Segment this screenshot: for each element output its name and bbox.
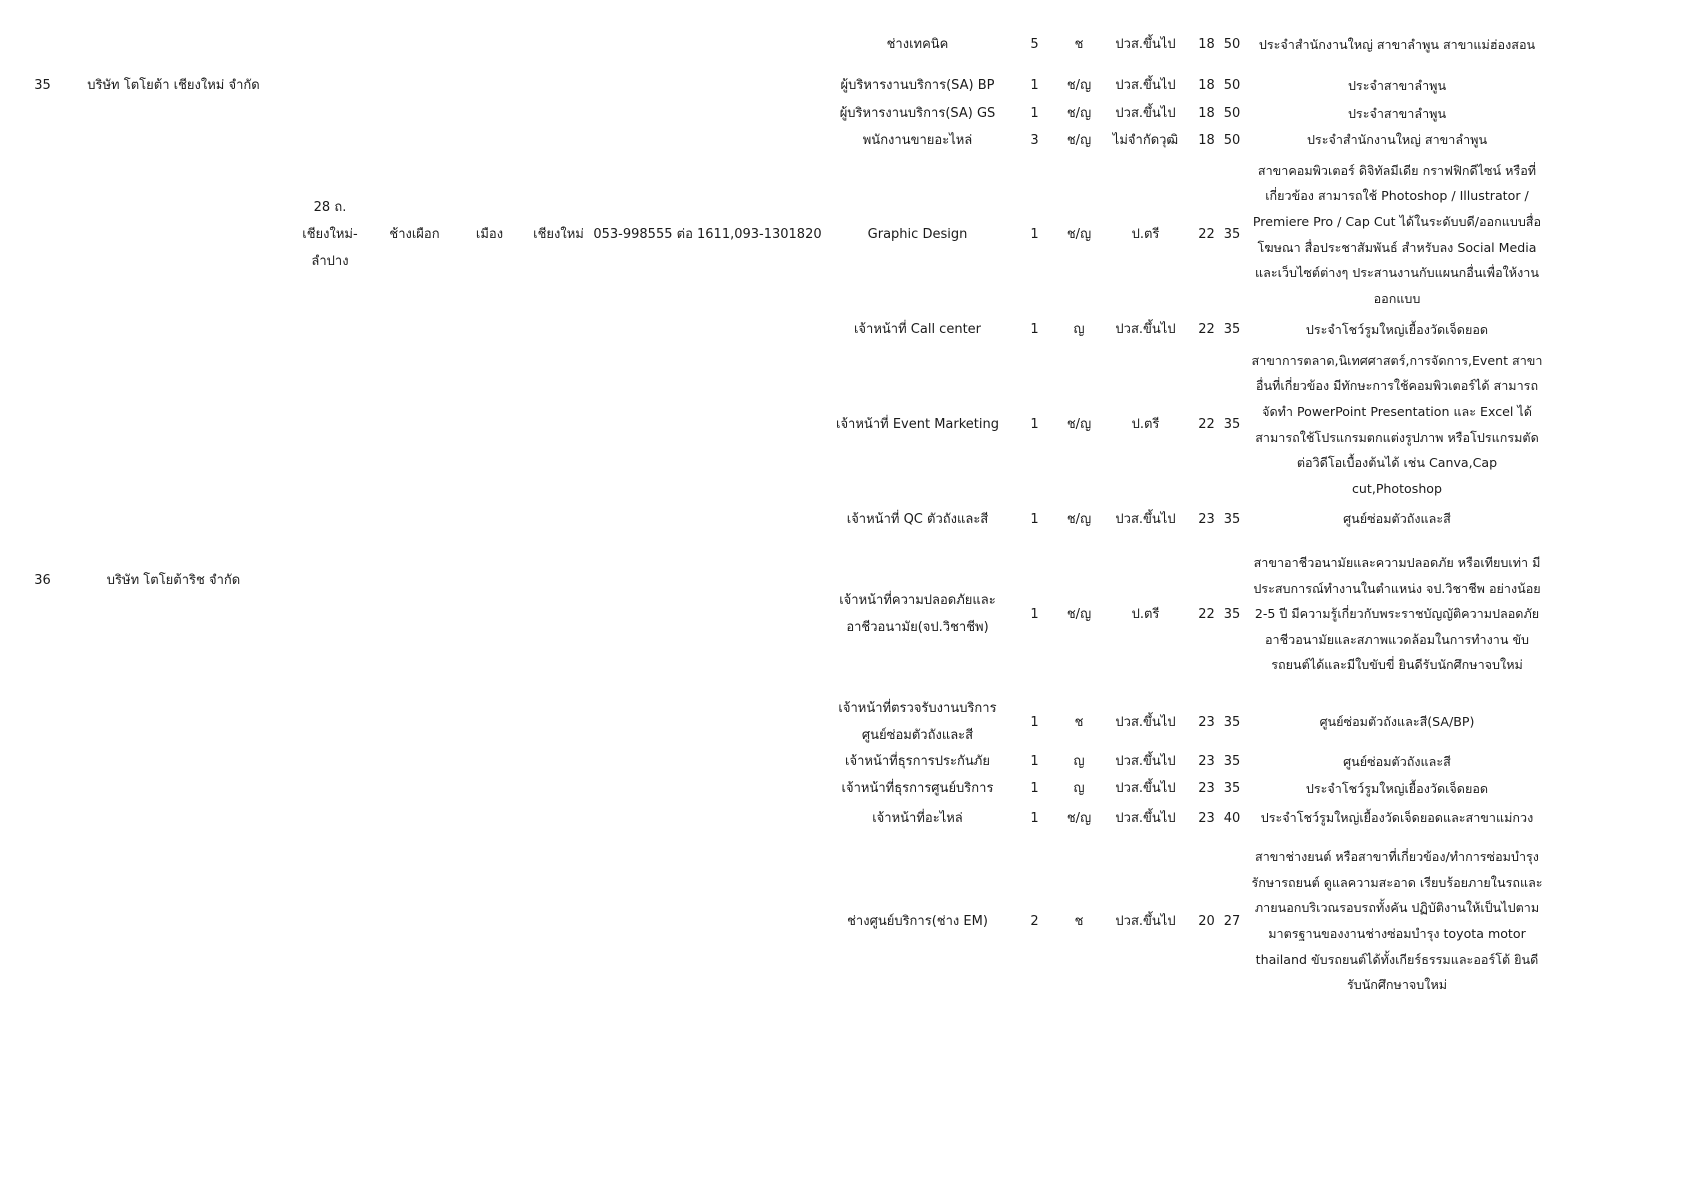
age-min-cell: 23: [1194, 748, 1219, 775]
education-cell: ปวส.ขึ้นไป: [1097, 316, 1194, 343]
notes-cell: สาขาการตลาด,นิเทศศาสตร์,การจัดการ,Event …: [1245, 343, 1549, 506]
education-cell: ปวส.ขึ้นไป: [1097, 100, 1194, 127]
count-cell: 1: [1008, 100, 1061, 127]
age-min-cell: 23: [1194, 696, 1219, 748]
age-min-cell: 23: [1194, 802, 1219, 834]
row-number: 35: [19, 18, 66, 153]
row-number: 36: [19, 153, 66, 1008]
notes-cell: ประจำสำนักงานใหญ่ สาขาลำพูน: [1245, 127, 1549, 153]
gender-cell: ช/ญ: [1061, 153, 1097, 316]
position-cell: เจ้าหน้าที่ Call center: [827, 316, 1008, 343]
age-max-cell: 50: [1219, 100, 1245, 127]
age-min-cell: 23: [1194, 775, 1219, 802]
subdistrict-cell: ช้างเผือก: [379, 153, 450, 316]
company-name: บริษัท โตโยต้าริช จำกัด: [66, 153, 281, 1008]
age-min-cell: 18: [1194, 127, 1219, 153]
count-cell: 1: [1008, 71, 1061, 100]
province-cell: [529, 18, 588, 71]
count-cell: 1: [1008, 748, 1061, 775]
company-name: บริษัท โตโยต้า เชียงใหม่ จำกัด: [66, 18, 281, 153]
age-max-cell: 35: [1219, 748, 1245, 775]
age-max-cell: 35: [1219, 153, 1245, 316]
education-cell: ปวส.ขึ้นไป: [1097, 834, 1194, 1008]
position-cell: เจ้าหน้าที่ตรวจรับงานบริการศูนย์ซ่อมตัวถ…: [827, 696, 1008, 748]
position-cell: Graphic Design: [827, 153, 1008, 316]
count-cell: 5: [1008, 18, 1061, 71]
gender-cell: ช: [1061, 696, 1097, 748]
phone-cell: [588, 18, 827, 71]
education-cell: ปวส.ขึ้นไป: [1097, 506, 1194, 532]
vacancy-table: 35บริษัท โตโยต้า เชียงใหม่ จำกัดช่างเทคน…: [0, 0, 1684, 1191]
age-min-cell: 22: [1194, 316, 1219, 343]
position-cell: เจ้าหน้าที่อะไหล่: [827, 802, 1008, 834]
age-min-cell: 22: [1194, 343, 1219, 506]
gender-cell: ช/ญ: [1061, 506, 1097, 532]
gender-cell: ญ: [1061, 775, 1097, 802]
position-cell: ผู้บริหารงานบริการ(SA) GS: [827, 100, 1008, 127]
count-cell: 2: [1008, 834, 1061, 1008]
position-cell: เจ้าหน้าที่ธุรการประกันภัย: [827, 748, 1008, 775]
age-max-cell: 35: [1219, 532, 1245, 696]
address-cell: [281, 18, 379, 71]
age-min-cell: 20: [1194, 834, 1219, 1008]
age-max-cell: 40: [1219, 802, 1245, 834]
notes-cell: สาขาช่างยนต์ หรือสาขาที่เกี่ยวข้อง/ทำการ…: [1245, 834, 1549, 1008]
position-cell: ผู้บริหารงานบริการ(SA) BP: [827, 71, 1008, 100]
notes-cell: ศูนย์ซ่อมตัวถังและสี(SA/BP): [1245, 696, 1549, 748]
education-cell: ปวส.ขึ้นไป: [1097, 71, 1194, 100]
position-cell: ช่างศูนย์บริการ(ช่าง EM): [827, 834, 1008, 1008]
gender-cell: ช/ญ: [1061, 127, 1097, 153]
gender-cell: ญ: [1061, 748, 1097, 775]
age-max-cell: 35: [1219, 506, 1245, 532]
education-cell: ป.ตรี: [1097, 153, 1194, 316]
age-max-cell: 27: [1219, 834, 1245, 1008]
age-min-cell: 18: [1194, 100, 1219, 127]
count-cell: 1: [1008, 343, 1061, 506]
phone-cell: 053-998555 ต่อ 1611,093-1301820: [588, 153, 827, 316]
notes-cell: ประจำโชว์รูมใหญ่เยื้องวัดเจ็ดยอดและสาขาแ…: [1245, 802, 1549, 834]
education-cell: ปวส.ขึ้นไป: [1097, 748, 1194, 775]
count-cell: 1: [1008, 532, 1061, 696]
count-cell: 1: [1008, 802, 1061, 834]
gender-cell: ช/ญ: [1061, 532, 1097, 696]
count-cell: 1: [1008, 775, 1061, 802]
age-min-cell: 22: [1194, 153, 1219, 316]
subdistrict-cell: [379, 18, 450, 71]
count-cell: 1: [1008, 153, 1061, 316]
education-cell: ป.ตรี: [1097, 532, 1194, 696]
education-cell: ปวส.ขึ้นไป: [1097, 18, 1194, 71]
age-max-cell: 35: [1219, 696, 1245, 748]
education-cell: ป.ตรี: [1097, 343, 1194, 506]
gender-cell: ญ: [1061, 316, 1097, 343]
age-max-cell: 35: [1219, 343, 1245, 506]
count-cell: 1: [1008, 316, 1061, 343]
age-max-cell: 35: [1219, 775, 1245, 802]
position-cell: เจ้าหน้าที่ธุรการศูนย์บริการ: [827, 775, 1008, 802]
position-cell: พนักงานขายอะไหล่: [827, 127, 1008, 153]
notes-cell: ประจำสาขาลำพูน: [1245, 100, 1549, 127]
count-cell: 1: [1008, 696, 1061, 748]
notes-cell: ประจำโชว์รูมใหญ่เยื้องวัดเจ็ดยอด: [1245, 316, 1549, 343]
age-max-cell: 50: [1219, 71, 1245, 100]
address-cell: 28 ถ. เชียงใหม่-ลำปาง: [281, 153, 379, 316]
age-min-cell: 23: [1194, 506, 1219, 532]
age-min-cell: 22: [1194, 532, 1219, 696]
education-cell: ปวส.ขึ้นไป: [1097, 696, 1194, 748]
age-max-cell: 50: [1219, 18, 1245, 71]
notes-cell: ประจำสาขาลำพูน: [1245, 71, 1549, 100]
province-cell: เชียงใหม่: [529, 153, 588, 316]
district-cell: [450, 18, 529, 71]
education-cell: ไม่จำกัดวุฒิ: [1097, 127, 1194, 153]
education-cell: ปวส.ขึ้นไป: [1097, 775, 1194, 802]
notes-cell: ประจำสำนักงานใหญ่ สาขาลำพูน สาขาแม่ฮ่องส…: [1245, 18, 1549, 71]
age-max-cell: 50: [1219, 127, 1245, 153]
gender-cell: ช: [1061, 834, 1097, 1008]
count-cell: 1: [1008, 506, 1061, 532]
age-min-cell: 18: [1194, 18, 1219, 71]
gender-cell: ช/ญ: [1061, 343, 1097, 506]
gender-cell: ช/ญ: [1061, 100, 1097, 127]
notes-cell: สาขาอาชีวอนามัยและความปลอดภัย หรือเทียบเ…: [1245, 532, 1549, 696]
gender-cell: ช/ญ: [1061, 802, 1097, 834]
education-cell: ปวส.ขึ้นไป: [1097, 802, 1194, 834]
position-cell: ช่างเทคนิค: [827, 18, 1008, 71]
position-cell: เจ้าหน้าที่ Event Marketing: [827, 343, 1008, 506]
count-cell: 3: [1008, 127, 1061, 153]
notes-cell: ศูนย์ซ่อมตัวถังและสี: [1245, 748, 1549, 775]
notes-cell: สาขาคอมพิวเตอร์ ดิจิทัลมีเดีย กราฟฟิกดีไ…: [1245, 153, 1549, 316]
age-max-cell: 35: [1219, 316, 1245, 343]
gender-cell: ช: [1061, 18, 1097, 71]
notes-cell: ศูนย์ซ่อมตัวถังและสี: [1245, 506, 1549, 532]
notes-cell: ประจำโชว์รูมใหญ่เยื้องวัดเจ็ดยอด: [1245, 775, 1549, 802]
position-cell: เจ้าหน้าที่ QC ตัวถังและสี: [827, 506, 1008, 532]
district-cell: เมือง: [450, 153, 529, 316]
position-cell: เจ้าหน้าที่ความปลอดภัยและอาชีวอนามัย(จป.…: [827, 532, 1008, 696]
gender-cell: ช/ญ: [1061, 71, 1097, 100]
age-min-cell: 18: [1194, 71, 1219, 100]
